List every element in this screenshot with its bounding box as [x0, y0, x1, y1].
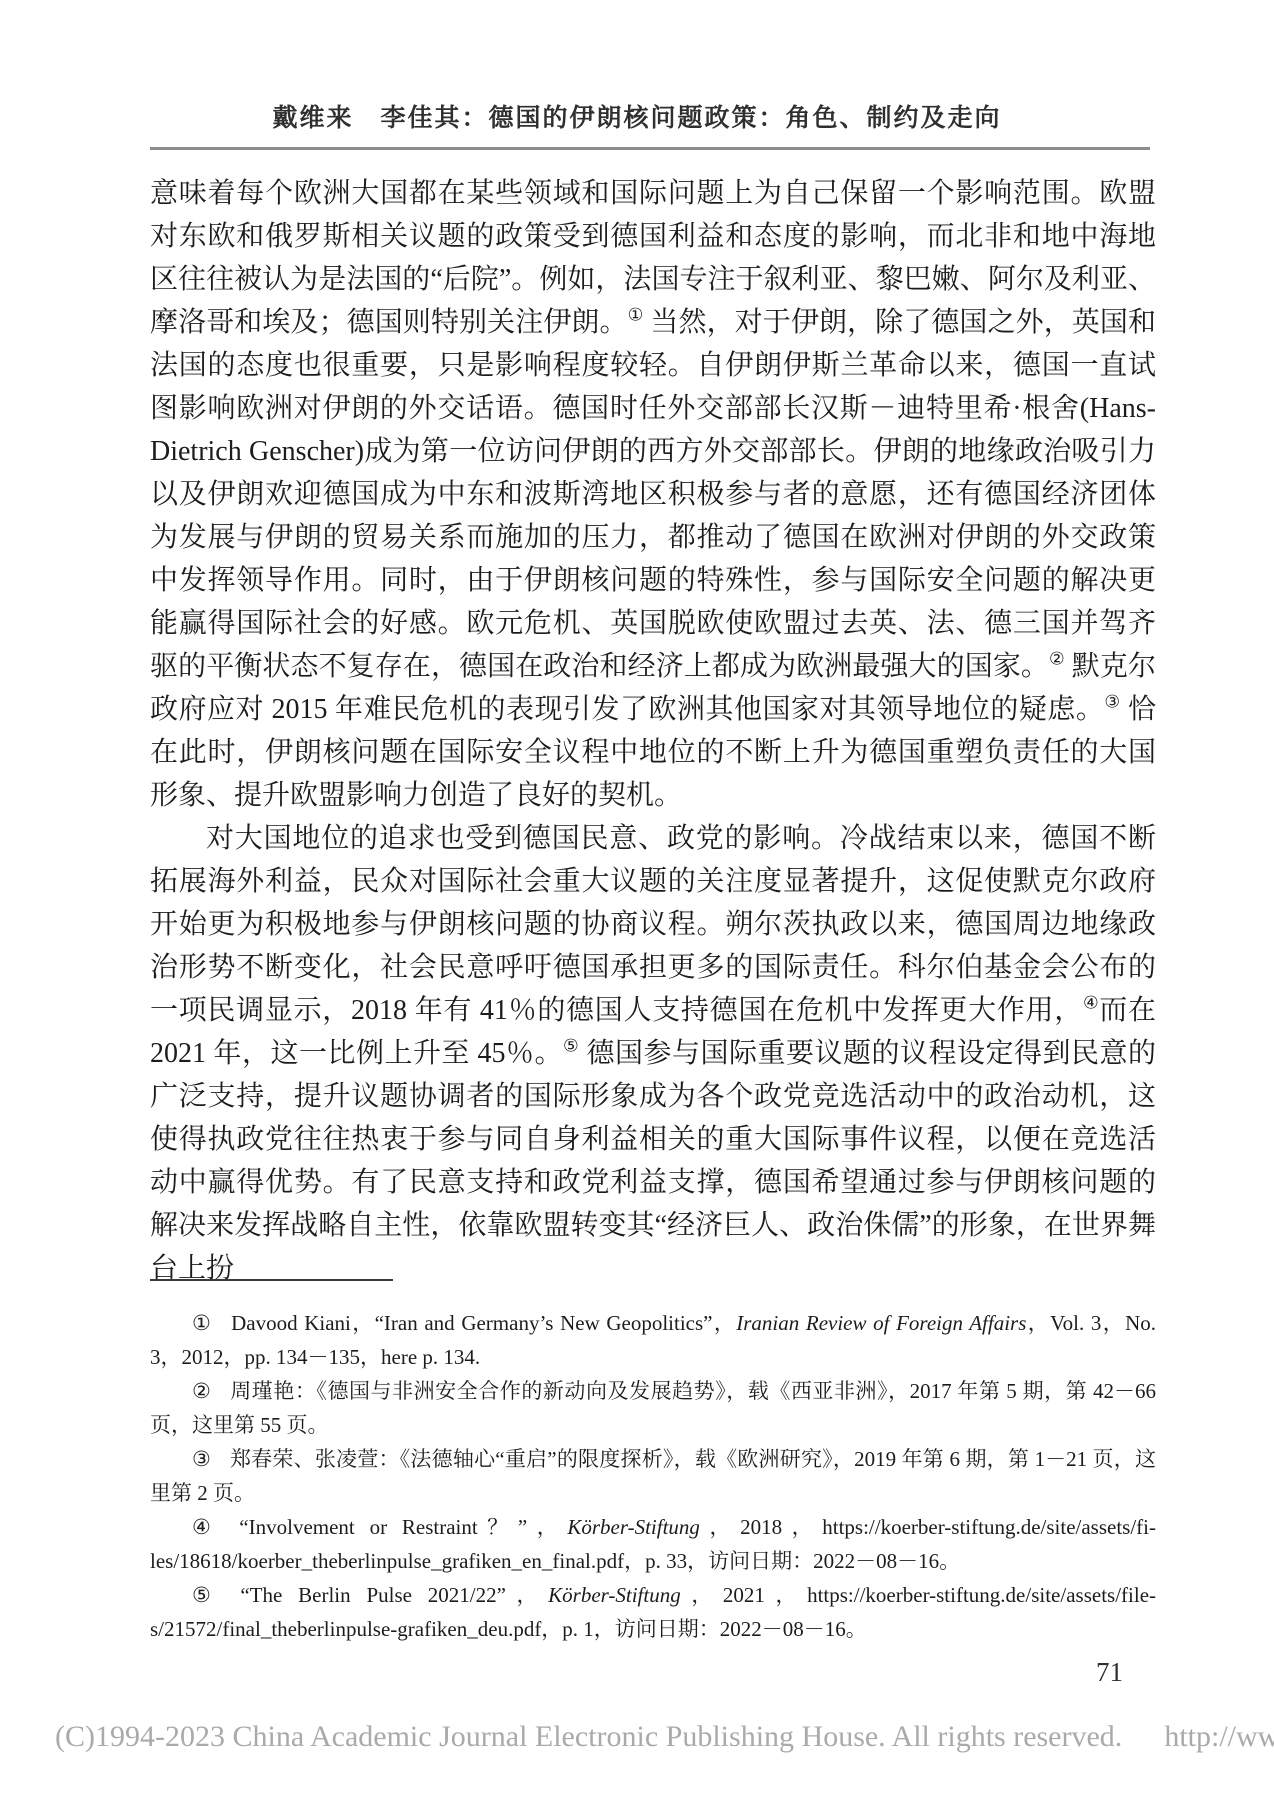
body-paragraph-2: 对大国地位的追求也受到德国民意、政党的影响。冷战结束以来，德国不断拓展海外利益，… [150, 817, 1156, 1290]
footnote-1: ①Davood Kiani，“Iran and Germany’s New Ge… [150, 1306, 1156, 1374]
footnote-marker: ③ [192, 1447, 211, 1471]
footnote-text: 周瑾艳：《德国与非洲安全合作的新动向及发展趋势》，载《西亚非洲》，2017 年第… [150, 1379, 1156, 1437]
footnote-marker: ④ [192, 1515, 220, 1539]
footnotes-block: ①Davood Kiani，“Iran and Germany’s New Ge… [150, 1306, 1156, 1646]
footnote-text: “The Berlin Pulse 2021/22”， [240, 1583, 548, 1607]
footer-url: http://www.cnki. [1164, 1720, 1274, 1753]
footnote-ref-3: ③ [1104, 693, 1120, 712]
footnote-journal-title: Iranian Review of Foreign Affairs [736, 1311, 1026, 1335]
footnote-ref-5: ⑤ [563, 1037, 579, 1056]
footnote-journal-title: Körber-Stiftung [548, 1583, 681, 1607]
body-text-segment: 对大国地位的追求也受到德国民意、政党的影响。冷战结束以来，德国不断拓展海外利益，… [150, 823, 1156, 1026]
article-body: 意味着每个欧洲大国都在某些领域和国际问题上为自己保留一个影响范围。欧盟对东欧和俄… [150, 172, 1156, 1290]
footnote-text: 郑春荣、张凌萱：《法德轴心“重启”的限度探析》，载《欧洲研究》，2019 年第 … [150, 1447, 1156, 1505]
footnote-4: ④“Involvement or Restraint？”，Körber-Stif… [150, 1510, 1156, 1578]
footnote-text: “Involvement or Restraint？”， [239, 1515, 567, 1539]
footnote-3: ③郑春荣、张凌萱：《法德轴心“重启”的限度探析》，载《欧洲研究》，2019 年第… [150, 1442, 1156, 1510]
body-text-segment: 德国参与国际重要议题的议程设定得到民意的广泛支持，提升议题协调者的国际形象成为各… [150, 1038, 1156, 1284]
footnote-marker: ② [192, 1379, 211, 1403]
journal-page: 戴维来 李佳其：德国的伊朗核问题政策：角色、制约及走向 意味着每个欧洲大国都在某… [0, 0, 1274, 1798]
footer-copyright: (C)1994-2023 China Academic Journal Elec… [55, 1720, 1122, 1753]
footnote-ref-1: ① [628, 306, 644, 325]
footnote-ref-2: ② [1049, 650, 1065, 669]
footnote-2: ②周瑾艳：《德国与非洲安全合作的新动向及发展趋势》，载《西亚非洲》，2017 年… [150, 1374, 1156, 1442]
header-divider-rule [150, 147, 1150, 150]
footnote-5: ⑤“The Berlin Pulse 2021/22”，Körber-Stift… [150, 1578, 1156, 1646]
running-head-title: 戴维来 李佳其：德国的伊朗核问题政策：角色、制约及走向 [0, 98, 1274, 134]
page-number: 71 [1096, 1657, 1123, 1688]
footnote-separator-rule [150, 1279, 393, 1281]
body-paragraph-1: 意味着每个欧洲大国都在某些领域和国际问题上为自己保留一个影响范围。欧盟对东欧和俄… [150, 172, 1156, 817]
footnote-text: Davood Kiani，“Iran and Germany’s New Geo… [231, 1311, 736, 1335]
footnote-marker: ⑤ [192, 1583, 221, 1607]
cnki-footer: (C)1994-2023 China Academic Journal Elec… [55, 1720, 1274, 1754]
body-text-segment: 当然，对于伊朗，除了德国之外，英国和法国的态度也很重要，只是影响程度较轻。自伊朗… [150, 307, 1156, 682]
footnote-marker: ① [192, 1311, 212, 1335]
footnote-ref-4: ④ [1083, 994, 1099, 1013]
footnote-journal-title: Körber-Stiftung [567, 1515, 700, 1539]
